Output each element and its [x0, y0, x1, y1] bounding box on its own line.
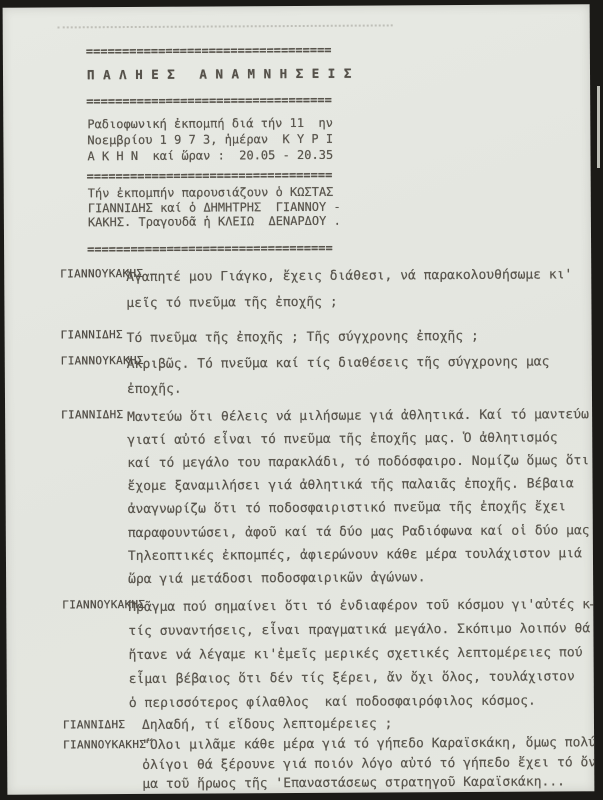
- broadcast-info: Ραδιοφωνική ἐκπομπή διά τήν 11 ην Νοεμβρ…: [87, 115, 333, 164]
- paper-edge-highlight: [597, 86, 600, 168]
- dialogue-block-1: ΓΙΑΝΝΟΥΚΑΚΗΣ Ἀγαπητέ μου Γιάγκο, ἔχεις δ…: [4, 262, 591, 317]
- dialogue-block-7: ΓΙΑΝΝΟΥΚΑΚΗΣ "Ὅλοι μιλᾶμε κάθε μέρα γιά …: [7, 733, 594, 794]
- paper: ================================== Π Α Λ…: [3, 4, 595, 795]
- speaker-label: ΓΙΑΝΝΙΔΗΣ: [61, 328, 123, 341]
- speaker-label: ΓΙΑΝΝΟΥΚΑΚΗΣ: [61, 353, 144, 367]
- dialogue-lines: Δηλαδή, τί εἴδους λεπτομέρειες ;: [142, 713, 594, 736]
- crease-line: [58, 24, 393, 28]
- speaker-label: ΓΙΑΝΝΟΥΚΑΚΗΣ: [60, 267, 143, 281]
- document-title: Π Α Λ Η Ε Σ Α Ν Α Μ Ν Η Σ Ε Ι Σ: [87, 66, 352, 83]
- dialogue-lines: Μαντεύω ὅτι θέλεις νά μιλήσωμε γιά ἀθλητ…: [127, 403, 593, 591]
- separator-line-1: ==================================: [86, 43, 332, 59]
- separator-line-3: ==================================: [87, 168, 333, 184]
- speaker-label: ΓΙΑΝΝΙΔΗΣ: [63, 718, 125, 731]
- dialogue-lines: Ἀκριβῶς. Τό πνεῦμα καί τίς διαθέσεις τῆς…: [127, 349, 592, 403]
- separator-line-2: ==================================: [86, 93, 332, 109]
- dialogue-lines: "Ὅλοι μιλᾶμε κάθε μέρα γιά τό γήπεδο Καρ…: [142, 733, 594, 794]
- speaker-label: ΓΙΑΝΝΟΥΚΑΚΗΣ: [62, 598, 145, 612]
- dialogue-lines: Πρᾶγμα πού σημαίνει ὅτι τό ἐνδιαφέρον το…: [128, 593, 594, 716]
- dialogue-lines: Ἀγαπητέ μου Γιάγκο, ἔχεις διάθεσι, νά πα…: [126, 262, 591, 316]
- speaker-label: ΓΙΑΝΝΟΥΚΑΚΗΣ: [63, 738, 146, 752]
- dialogue-block-3: ΓΙΑΝΝΟΥΚΑΚΗΣ Ἀκριβῶς. Τό πνεῦμα καί τίς …: [5, 349, 592, 404]
- dialogue-section: ΓΙΑΝΝΟΥΚΑΚΗΣ Ἀγαπητέ μου Γιάγκο, ἔχεις δ…: [4, 262, 594, 795]
- dialogue-block-2: ΓΙΑΝΝΙΔΗΣ Τό πνεῦμα τῆς ἐποχῆς ; Τῆς σύγ…: [5, 323, 592, 352]
- dialogue-lines: Τό πνεῦμα τῆς ἐποχῆς ; Τῆς σύγχρονης ἐπο…: [127, 323, 592, 351]
- separator-line-4: ==================================: [87, 241, 333, 257]
- speaker-label: ΓΙΑΝΝΙΔΗΣ: [61, 408, 123, 421]
- dialogue-block-5: ΓΙΑΝΝΟΥΚΑΚΗΣ Πρᾶγμα πού σημαίνει ὅτι τό …: [6, 593, 594, 717]
- presenters-info: Τήν ἐκπομπήν παρουσιάζουν ὁ ΚΩΣΤΑΣ ΓΙΑΝΝ…: [88, 185, 341, 230]
- scan-background: { "colors": { "scan_background": "#1b1a1…: [0, 0, 603, 800]
- dialogue-block-4: ΓΙΑΝΝΙΔΗΣ Μαντεύω ὅτι θέλεις νά μιλήσωμε…: [5, 403, 593, 592]
